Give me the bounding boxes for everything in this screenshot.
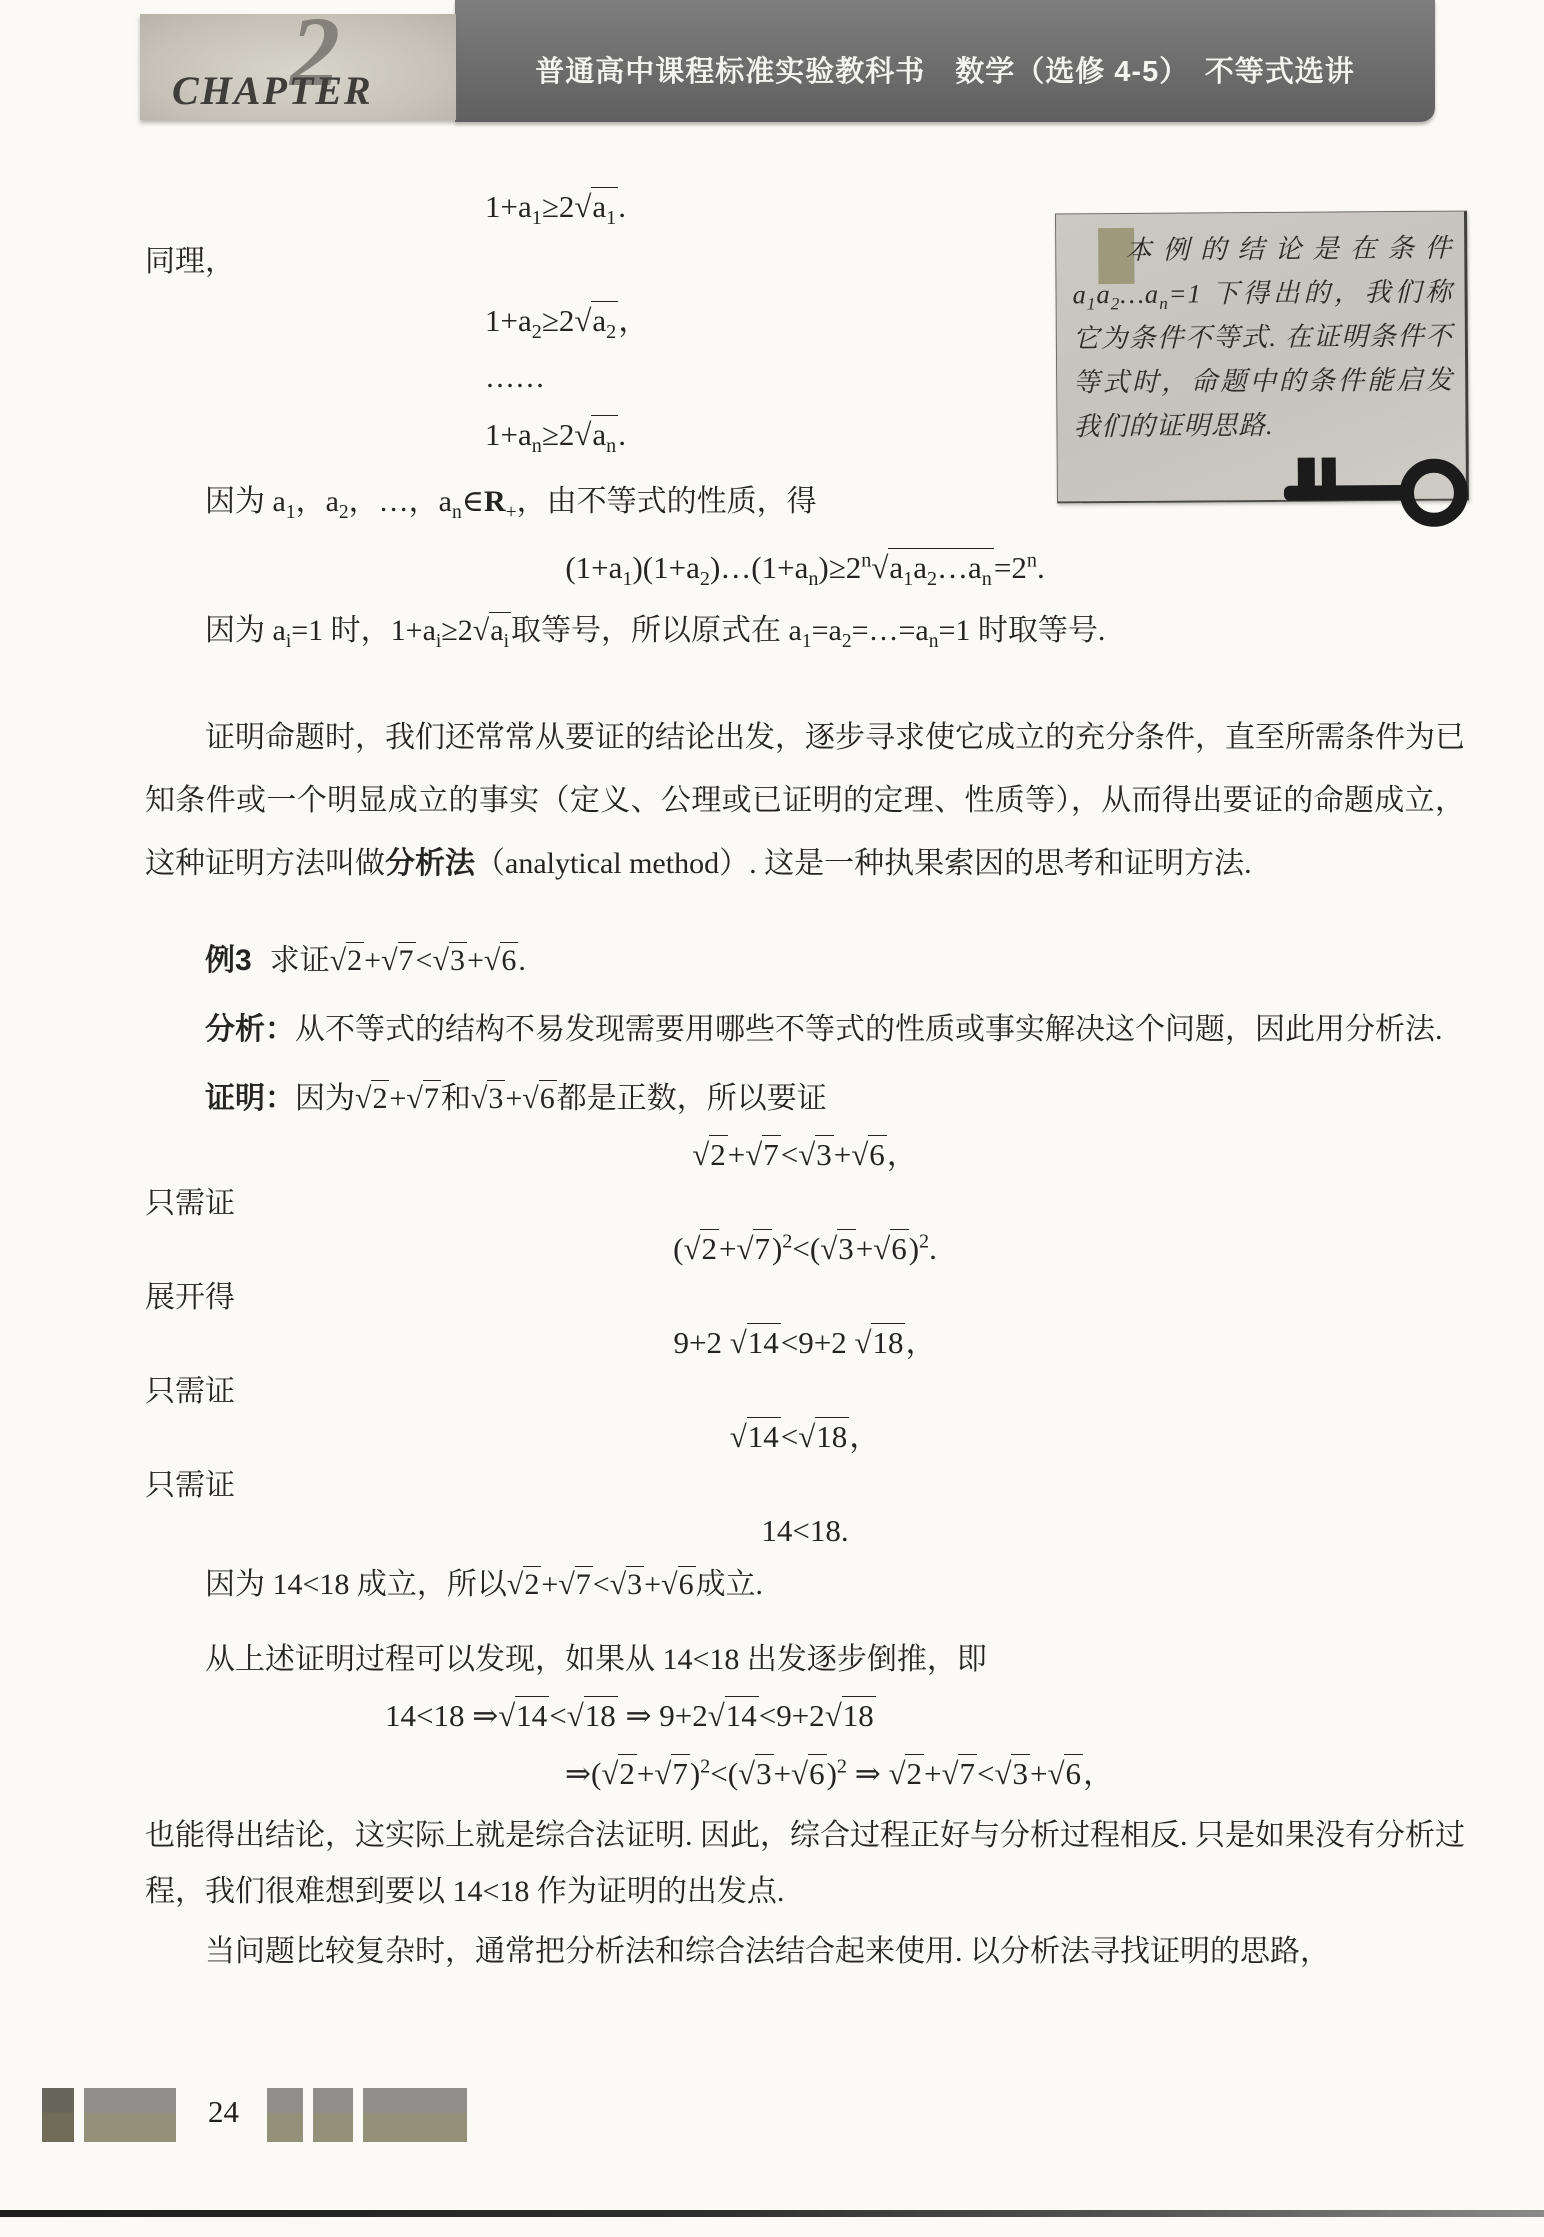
formula-9: 14<18. bbox=[145, 1506, 1465, 1556]
analysis-label: 分析： bbox=[205, 1013, 295, 1046]
formula-2: 1+a2≥2√a2， bbox=[485, 296, 1465, 346]
paragraph-analytical-method: 证明命题时，我们还常常从要证的结论出发，逐步寻求使它成立的充分条件，直至所需条件… bbox=[145, 706, 1465, 895]
proof-text: 因为√2+√7和√3+√6都是正数，所以要证 bbox=[295, 1080, 827, 1115]
page-number: 24 bbox=[208, 2094, 239, 2130]
example-3-statement: 求证√2+√7<√3+√6. bbox=[270, 944, 526, 977]
formula-8: √14<√18， bbox=[145, 1412, 1465, 1462]
paragraph-synthesis: 也能得出结论，这实际上就是综合法证明. 因此，综合过程正好与分析过程相反. 只是… bbox=[145, 1808, 1465, 1920]
text-need-3: 只需证 bbox=[145, 1466, 1465, 1506]
text-similarly: 同理， bbox=[145, 242, 1465, 282]
proof-paragraph: 证明：因为√2+√7和√3+√6都是正数，所以要证 bbox=[145, 1067, 1465, 1130]
chapter-word: CHAPTER bbox=[172, 67, 373, 114]
textbook-page: 普通高中课程标准实验教科书 数学（选修 4-5） 不等式选讲 2 CHAPTER… bbox=[0, 0, 1544, 2237]
formula-7: 9+2 √14<9+2 √18， bbox=[145, 1318, 1465, 1368]
example-3-label: 例3 bbox=[205, 944, 252, 977]
text-conclusion: 因为 14<18 成立，所以√2+√7<√3+√6成立. bbox=[145, 1562, 1465, 1608]
formula-product: (1+a1)(1+a2)…(1+an)≥2n√a1a2…an=2n. bbox=[145, 543, 1465, 593]
bottom-rule bbox=[0, 2210, 1544, 2217]
book-title: 普通高中课程标准实验教科书 数学（选修 4-5） 不等式选讲 bbox=[535, 49, 1354, 122]
page-footer: 24 bbox=[42, 2088, 477, 2148]
footer-block bbox=[267, 2088, 303, 2142]
text-because-2: 因为 ai=1 时，1+ai≥2√ai取等号，所以原式在 a1=a2=…=an=… bbox=[145, 599, 1465, 662]
text-need-2: 只需证 bbox=[145, 1372, 1465, 1412]
formula-1: 1+a1≥2√a1. bbox=[485, 182, 1465, 232]
footer-block bbox=[42, 2088, 74, 2142]
analysis-paragraph: 分析：从不等式的结构不易发现需要用哪些不等式的性质或事实解决这个问题，因此用分析… bbox=[145, 998, 1465, 1061]
main-content: 1+a1≥2√a1. 同理， 1+a2≥2√a2， …… 1+an≥2√an. … bbox=[145, 130, 1465, 1980]
ellipsis-line: …… bbox=[485, 358, 1465, 398]
formula-3: 1+an≥2√an. bbox=[485, 410, 1465, 460]
footer-block bbox=[84, 2088, 176, 2142]
implication-chain-1: 14<18 ⇒√14<√18 ⇒ 9+2√14<9+2√18 bbox=[385, 1690, 1465, 1742]
text-because-1: 因为 a1，a2，…，an∈R+，由不等式的性质，得 bbox=[145, 470, 1465, 533]
chapter-badge: 2 CHAPTER bbox=[140, 14, 456, 120]
proof-label: 证明： bbox=[205, 1082, 295, 1115]
paragraph-combined-use: 当问题比较复杂时，通常把分析法和综合法结合起来使用. 以分析法寻找证明的思路， bbox=[145, 1924, 1465, 1980]
footer-block bbox=[313, 2088, 353, 2142]
formula-5: √2+√7<√3+√6， bbox=[145, 1130, 1465, 1180]
footer-block bbox=[363, 2088, 467, 2142]
analysis-text: 从不等式的结构不易发现需要用哪些不等式的性质或事实解决这个问题，因此用分析法. bbox=[295, 1013, 1443, 1046]
implication-chain-2: ⇒(√2+√7)2<(√3+√6)2 ⇒ √2+√7<√3+√6， bbox=[565, 1748, 1465, 1800]
text-need-1: 只需证 bbox=[145, 1184, 1465, 1224]
formula-6: (√2+√7)2<(√3+√6)2. bbox=[145, 1224, 1465, 1274]
example-3-line: 例3求证√2+√7<√3+√6. bbox=[145, 929, 1465, 992]
page-header: 普通高中课程标准实验教科书 数学（选修 4-5） 不等式选讲 2 CHAPTER bbox=[0, 0, 1544, 132]
text-reverse-intro: 从上述证明过程可以发现，如果从 14<18 出发逐步倒推，即 bbox=[145, 1636, 1465, 1684]
text-expand: 展开得 bbox=[145, 1278, 1465, 1318]
